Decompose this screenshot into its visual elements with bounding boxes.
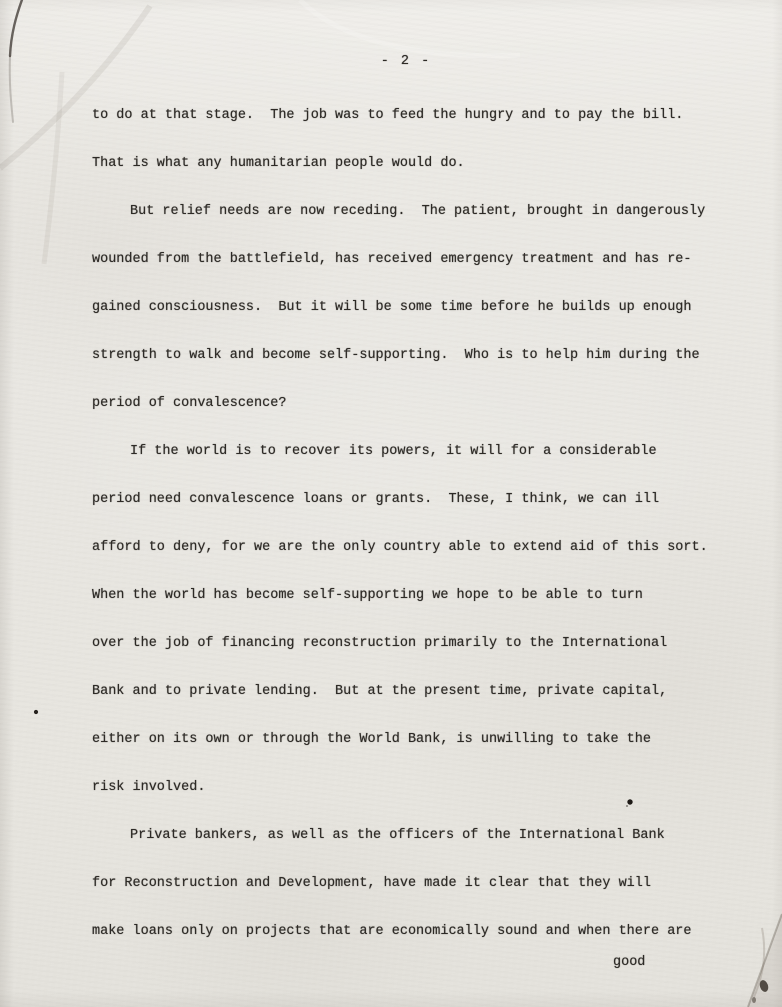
text-line: strength to walk and become self-support… xyxy=(92,332,732,380)
text-line: gained consciousness. But it will be som… xyxy=(92,284,732,332)
catchword: good xyxy=(613,953,645,973)
crease-line xyxy=(300,0,520,56)
ink-dot xyxy=(34,710,38,714)
text-line: Bank and to private lending. But at the … xyxy=(92,668,732,716)
page-number: - 2 - xyxy=(0,54,782,69)
text-line: over the job of financing reconstruction… xyxy=(92,620,732,668)
text-line: afford to deny, for we are the only coun… xyxy=(92,524,732,572)
crease-line xyxy=(44,72,62,264)
corner-fold-line xyxy=(748,914,782,1007)
text-line: But relief needs are now receding. The p… xyxy=(92,188,732,236)
text-line: Private bankers, as well as the officers… xyxy=(92,812,732,860)
text-line: wounded from the battlefield, has receiv… xyxy=(92,236,732,284)
text-line: period of convalescence? xyxy=(92,380,732,428)
document-body: to do at that stage. The job was to feed… xyxy=(92,92,732,956)
page-edge-curl xyxy=(10,0,23,56)
corner-fold-shadow xyxy=(748,914,782,1007)
ink-smudge-small xyxy=(752,997,756,1003)
text-line: either on its own or through the World B… xyxy=(92,716,732,764)
text-line: risk involved. xyxy=(92,764,732,812)
text-line: for Reconstruction and Development, have… xyxy=(92,860,732,908)
text-line: That is what any humanitarian people wou… xyxy=(92,140,732,188)
text-line: make loans only on projects that are eco… xyxy=(92,908,732,956)
scanned-document-page: - 2 - to do at that stage. The job was t… xyxy=(0,0,782,1007)
ink-smudge xyxy=(758,979,769,993)
corner-fold-inner xyxy=(754,928,764,997)
text-line: If the world is to recover its powers, i… xyxy=(92,428,732,476)
text-line: When the world has become self-supportin… xyxy=(92,572,732,620)
text-line: period need convalescence loans or grant… xyxy=(92,476,732,524)
text-line: to do at that stage. The job was to feed… xyxy=(92,92,732,140)
